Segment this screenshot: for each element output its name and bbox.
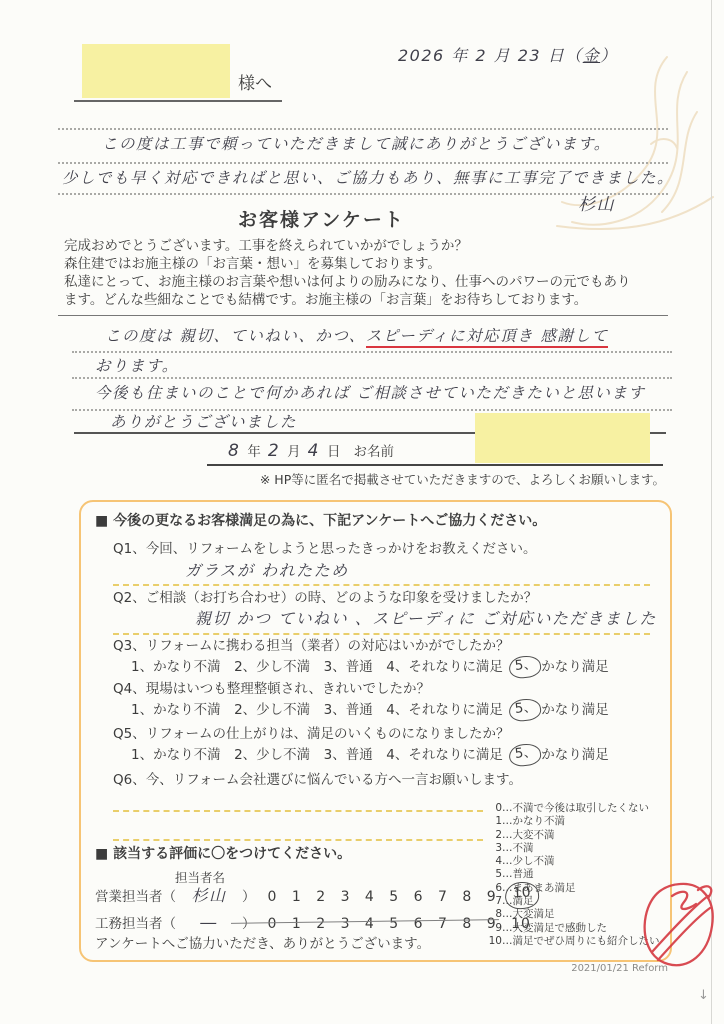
legend-text: …少し不満 bbox=[502, 855, 555, 868]
q3-options-text: 1、かなり不満 2、少し不満 3、普通 4、それなりに満足 bbox=[131, 659, 503, 675]
legend-item: 0…不満で今後は取引したくない bbox=[487, 802, 660, 815]
year-label: 年 bbox=[247, 444, 261, 461]
date-day-value: 4 bbox=[308, 441, 320, 462]
greeting-line-2: 少しでも早く対応できればと思い、ご協力もあり、無事に工事完了できました。 bbox=[62, 169, 674, 188]
legend-text: …普通 bbox=[502, 868, 534, 881]
thanks-note: アンケートへご協力いただき、ありがとうございます。 bbox=[95, 936, 430, 953]
q5-options-tail: かなり満足 bbox=[541, 747, 609, 763]
q2-label: Q2、ご相談（お打ち合わせ）の時、どのような印象を受けましたか？ bbox=[113, 590, 537, 607]
scan-edge-line bbox=[711, 0, 712, 1024]
decorative-flourish bbox=[555, 52, 720, 267]
intro-line: 私達にとって、お施主様のお言葉や想いは何よりの励みになり、仕事へのパワーの元でも… bbox=[64, 273, 668, 291]
legend-text: …不満で今後は取引したくない bbox=[502, 802, 649, 815]
q6-label: Q6、今、リフォーム会社選びに悩んでいる方へ一言お願いします。 bbox=[113, 772, 522, 789]
intro-paragraph: 完成おめでとうございます。工事を終えられていかがでしょうか？ 森住建ではお施主様… bbox=[64, 237, 668, 309]
red-signature-stamp bbox=[632, 874, 720, 972]
legend-item: 1…かなり不満 bbox=[487, 815, 660, 828]
q3-options-tail: かなり満足 bbox=[541, 659, 609, 675]
staff-name-label: 担当者名 bbox=[175, 870, 225, 886]
q4-selected-circle: 5、 bbox=[508, 697, 542, 722]
q3-label: Q3、リフォームに携わる担当（業者）の対応はいかがでしたか？ bbox=[113, 638, 510, 655]
q3-selected-circle: 5、 bbox=[508, 654, 542, 679]
ruled-line bbox=[58, 193, 668, 195]
sales-rep-paren: ） bbox=[242, 889, 256, 906]
q5-options-text: 1、かなり不満 2、少し不満 3、普通 4、それなりに満足 bbox=[131, 747, 503, 763]
ruled-line bbox=[58, 162, 668, 164]
evaluation-header: ■ 該当する評価に〇をつけてください。 bbox=[95, 846, 351, 864]
q4-options: 1、かなり不満 2、少し不満 3、普通 4、それなりに満足 5、かなり満足 bbox=[131, 701, 609, 723]
q5-label: Q5、リフォームの仕上がりは、満足のいくものになりましたか？ bbox=[113, 726, 510, 743]
ruled-line bbox=[72, 377, 672, 379]
sales-rep-label: 営業担当者（ bbox=[95, 889, 176, 906]
name-label: お名前 bbox=[353, 444, 394, 461]
intro-line: 森住建ではお施主様の「お言葉・想い」を募集しております。 bbox=[64, 255, 668, 273]
sales-rep-rating-row: 営業担当者（杉山） 0 1 2 3 4 5 6 7 8 9 10 bbox=[95, 886, 538, 913]
legend-num: 1 bbox=[487, 815, 502, 828]
q2-answer-line bbox=[113, 633, 650, 635]
legend-num: 10 bbox=[487, 935, 502, 948]
comment-red-underlined-text: スピーディに対応頂き 感謝して bbox=[366, 327, 609, 348]
intro-line: 完成おめでとうございます。工事を終えられていかがでしょうか？ bbox=[64, 237, 668, 255]
page-corner-arrow-icon: ↓ bbox=[698, 988, 709, 1004]
legend-num: 3 bbox=[487, 842, 502, 855]
form-version: 2021/01/21 Reform bbox=[560, 963, 668, 976]
ruled-line bbox=[58, 128, 668, 130]
q3-options: 1、かなり不満 2、少し不満 3、普通 4、それなりに満足 5、かなり満足 bbox=[131, 658, 609, 680]
ruled-line bbox=[72, 351, 672, 353]
comment-line-3: 今後も住まいのことで何かあれば ご相談させていただきたいと思います bbox=[95, 384, 645, 403]
q4-options-tail: かなり満足 bbox=[541, 702, 609, 718]
legend-num: 0 bbox=[487, 802, 502, 815]
q2-answer: 親切 かつ ていねい 、スピーディに ご対応いただきました bbox=[195, 609, 657, 629]
q5-options: 1、かなり不満 2、少し不満 3、普通 4、それなりに満足 5、かなり満足 bbox=[131, 746, 609, 768]
name-underline bbox=[207, 464, 663, 466]
legend-text: …不満 bbox=[502, 842, 534, 855]
legend-item: 2…大変不満 bbox=[487, 829, 660, 842]
q1-answer: ガラスが われたため bbox=[185, 561, 349, 581]
legend-text: …かなり不満 bbox=[502, 815, 565, 828]
legend-num: 4 bbox=[487, 855, 502, 868]
letter-date-suffix: ） bbox=[600, 46, 618, 65]
q4-options-text: 1、かなり不満 2、少し不満 3、普通 4、それなりに満足 bbox=[131, 702, 503, 718]
works-rep-rating-row: 工務担当者（―） 0 1 2 3 4 5 6 7 8 9 10 bbox=[95, 913, 531, 934]
greeting-signature: 杉山 bbox=[578, 195, 615, 216]
sales-scale-numbers: 0 1 2 3 4 5 6 7 8 9 bbox=[268, 889, 497, 907]
q4-label: Q4、現場はいつも整理整頓され、きれいでしたか？ bbox=[113, 681, 430, 698]
section-divider bbox=[58, 315, 668, 316]
legend-text: …大変不満 bbox=[502, 829, 555, 842]
q6-answer-line bbox=[113, 810, 483, 812]
date-year-value: 8 bbox=[228, 441, 240, 462]
recipient-name-redaction bbox=[82, 44, 230, 98]
day-label: 日 bbox=[327, 444, 341, 461]
q5-selected-circle: 5、 bbox=[508, 742, 542, 767]
works-rep-label: 工務担当者（ bbox=[95, 916, 176, 933]
q6-answer-line bbox=[113, 839, 483, 841]
legend-num: 2 bbox=[487, 829, 502, 842]
q1-label: Q1、今回、リフォームをしようと思ったきっかけをお教えください。 bbox=[113, 541, 537, 558]
q1-answer-line bbox=[113, 584, 650, 586]
page-title: お客様アンケート bbox=[238, 209, 405, 233]
legend-num: 5 bbox=[487, 868, 502, 881]
comment-line-2: おります。 bbox=[95, 357, 179, 376]
ruled-line bbox=[72, 409, 672, 411]
sales-rep-name: 杉山 bbox=[176, 886, 242, 906]
letter-date-weekday: 金 bbox=[583, 46, 601, 65]
signature-date-row: 8 年 2 月 4 日 お名前 bbox=[228, 441, 394, 462]
comment-line-4: ありがとうございました bbox=[110, 413, 297, 432]
legend-item: 4…少し不満 bbox=[487, 855, 660, 868]
customer-name-redaction bbox=[475, 413, 650, 463]
recipient-underline bbox=[74, 100, 282, 102]
month-label: 月 bbox=[287, 444, 301, 461]
intro-line: ます。どんな些細なことでも結構です。お施主様の「お言葉」をお待ちしております。 bbox=[64, 291, 668, 309]
scanned-survey-page: 2026 年 2 月 23 日（金） 様へ この度は工事で頼っていただきまして誠… bbox=[0, 0, 724, 1024]
hp-anonymity-note: ※ HP等に匿名で掲載させていただきますので、よろしくお願いします。 bbox=[250, 472, 665, 488]
letter-date-prefix: 2026 年 2 月 23 日（ bbox=[398, 46, 583, 65]
recipient-suffix: 様へ bbox=[238, 74, 272, 95]
works-rep-paren: ） bbox=[242, 916, 256, 933]
date-month-value: 2 bbox=[268, 441, 280, 462]
legend-item: 3…不満 bbox=[487, 842, 660, 855]
comment-line-1: この度は 親切、ていねい、かつ、スピーディに対応頂き 感謝して bbox=[105, 327, 608, 346]
questionnaire-header: ■ 今後の更なるお客様満足の為に、下記アンケートへご協力ください。 bbox=[95, 513, 546, 531]
letter-date: 2026 年 2 月 23 日（金） bbox=[398, 46, 618, 66]
sales-selected-circle: 10 bbox=[504, 881, 540, 910]
greeting-line-1: この度は工事で頼っていただきまして誠にありがとうございます。 bbox=[102, 135, 611, 154]
comment-line-1-text: この度は 親切、ていねい、かつ、 bbox=[105, 327, 366, 345]
